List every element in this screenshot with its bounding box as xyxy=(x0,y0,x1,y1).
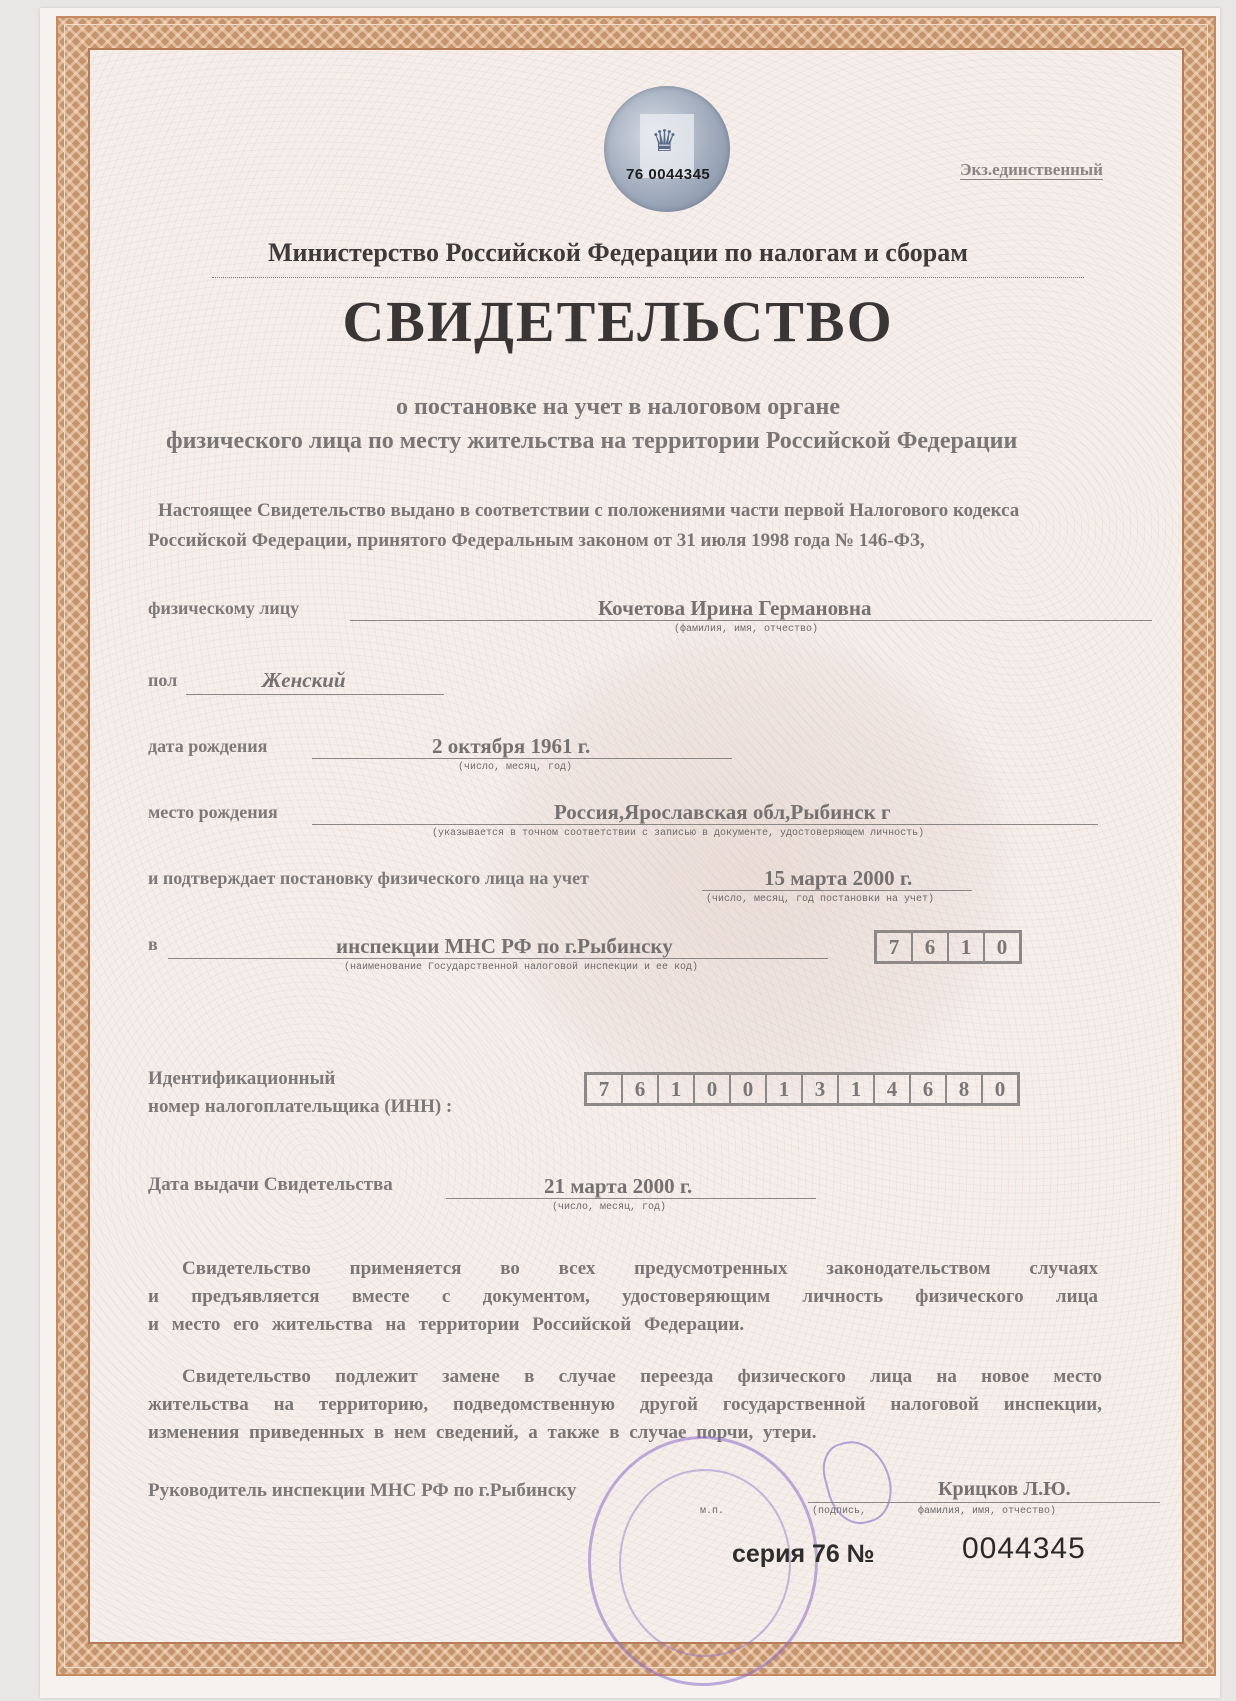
inn-label-line-1: Идентификационный xyxy=(148,1068,335,1090)
sex-rule xyxy=(186,694,444,695)
inn-digit: 4 xyxy=(875,1075,911,1103)
issue-date-label: Дата выдачи Свидетельства xyxy=(148,1174,393,1196)
paragraph-1-line-1: Свидетельство применяется во всех предус… xyxy=(148,1258,1098,1280)
subtitle-line-2: физического лица по месту жительства на … xyxy=(166,428,1017,455)
inn-label-line-2: номер налогоплательщика (ИНН) : xyxy=(148,1096,452,1118)
copy-label-text: Экз.единственный xyxy=(960,160,1103,180)
hologram-number: 76 0044345 xyxy=(626,166,710,183)
inn-digit: 1 xyxy=(767,1075,803,1103)
document-title: СВИДЕТЕЛЬСТВО xyxy=(0,288,1236,355)
copy-label: Экз.единственный xyxy=(960,160,1103,180)
inn-digit: 0 xyxy=(731,1075,767,1103)
inn-digit-boxes: 761001314680 xyxy=(584,1072,1020,1106)
person-hint: (фамилия, имя, отчество) xyxy=(674,624,818,635)
issue-date-value: 21 марта 2000 г. xyxy=(544,1174,692,1199)
inn-digit: 7 xyxy=(587,1075,623,1103)
subtitle-line-1: о постановке на учет в налоговом органе xyxy=(0,394,1236,421)
paragraph-2-line-2: жительства на территорию, подведомственн… xyxy=(148,1394,1102,1416)
paragraph-1-line-3: и место его жительства на территории Рос… xyxy=(148,1314,744,1336)
inspection-code-digit: 1 xyxy=(949,933,985,961)
inspection-code-boxes: 7610 xyxy=(874,930,1022,964)
birth-place-hint: (указывается в точном соответствии с зап… xyxy=(432,828,924,839)
mp-hint: м.п. xyxy=(700,1506,724,1517)
inn-digit: 0 xyxy=(695,1075,731,1103)
signature-rule xyxy=(808,1502,1160,1503)
sex-value: Женский xyxy=(262,668,346,693)
inn-digit: 6 xyxy=(623,1075,659,1103)
sex-label: пол xyxy=(148,670,177,691)
person-label: физическому лицу xyxy=(148,598,299,619)
series-number: 0044345 xyxy=(962,1532,1086,1566)
birth-date-hint: (число, месяц, год) xyxy=(458,762,572,773)
birth-date-label: дата рождения xyxy=(148,736,267,757)
inn-digit: 8 xyxy=(947,1075,983,1103)
registration-value: 15 марта 2000 г. xyxy=(764,866,912,891)
intro-line-2: Российской Федерации, принятого Федераль… xyxy=(148,530,925,552)
person-value: Кочетова Ирина Германовна xyxy=(598,596,872,621)
birth-date-value: 2 октября 1961 г. xyxy=(432,734,590,759)
intro-line-1: Настоящее Свидетельство выдано в соответ… xyxy=(158,500,1019,522)
registration-label: и подтверждает постановку физического ли… xyxy=(148,868,589,889)
double-headed-eagle-icon: ♛ xyxy=(651,124,678,159)
inspection-code-digit: 7 xyxy=(877,933,913,961)
ministry-heading: Министерство Российской Федерации по нал… xyxy=(0,238,1236,268)
signatory-name: Крицков Л.Ю. xyxy=(938,1478,1071,1501)
inspection-value: инспекции МНС РФ по г.Рыбинску xyxy=(336,934,673,959)
ministry-divider xyxy=(212,277,1084,278)
inspection-hint: (наименование Государственной налоговой … xyxy=(344,962,698,973)
name-hint: фамилия, имя, отчество) xyxy=(918,1506,1056,1517)
paragraph-1-line-2: и предъявляется вместе с документом, удо… xyxy=(148,1286,1098,1308)
inspection-code-digit: 6 xyxy=(913,933,949,961)
paragraph-2-line-1: Свидетельство подлежит замене в случае п… xyxy=(148,1366,1102,1388)
birth-place-label: место рождения xyxy=(148,802,278,823)
inn-digit: 6 xyxy=(911,1075,947,1103)
inn-digit: 0 xyxy=(983,1075,1017,1103)
hologram-seal: ♛ 76 0044345 xyxy=(604,86,730,212)
inspection-label: в xyxy=(148,934,158,955)
registration-hint: (число, месяц, год постановки на учет) xyxy=(706,894,934,905)
inn-digit: 1 xyxy=(659,1075,695,1103)
birth-place-value: Россия,Ярославская обл,Рыбинск г xyxy=(554,800,891,825)
signature-hint: (подпись, xyxy=(812,1506,866,1517)
inspection-code-digit: 0 xyxy=(985,933,1019,961)
inn-digit: 1 xyxy=(839,1075,875,1103)
issue-date-hint: (число, месяц, год) xyxy=(552,1202,666,1213)
inn-digit: 3 xyxy=(803,1075,839,1103)
series-label: серия 76 № xyxy=(732,1540,875,1569)
head-of-inspection-label: Руководитель инспекции МНС РФ по г.Рыбин… xyxy=(148,1480,576,1502)
